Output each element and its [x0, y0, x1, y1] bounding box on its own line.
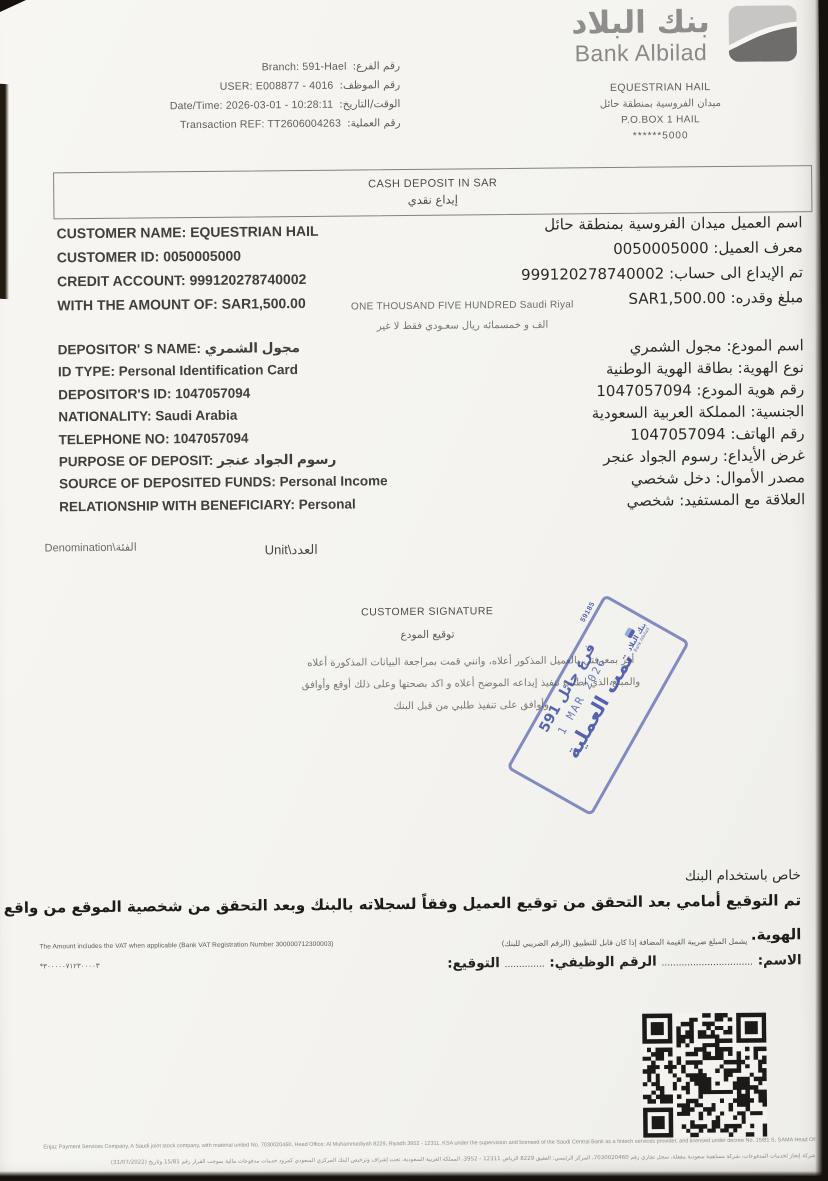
photo-edge-left	[0, 84, 9, 299]
photo-edge-bottom	[0, 1171, 828, 1181]
meta-branch-ar: رقم الفرع:	[353, 60, 401, 72]
meta-user-en: USER: E008877 - 4016	[220, 80, 334, 93]
source-of-funds-ar: مصدر الأموال: دخل شخصي	[475, 466, 805, 491]
depositor-id-ar: رقم هوية المودع: 1047057094	[474, 378, 804, 403]
denomination-label: Denomination\الفئة	[45, 541, 137, 555]
branch-name-arabic: ميدان الفروسية بمنطقة حائل	[570, 98, 750, 111]
depositor-details-en: DEPOSITOR' S NAME: مجول الشمري ID TYPE: …	[58, 335, 500, 518]
employee-number-label: الرقم الوظيفي:	[549, 954, 657, 971]
vat-note-ar: يشمل المبلغ ضريبة القيمة المضافة إذا كان…	[447, 937, 747, 949]
telephone-no-ar: رقم الهاتف: 1047057094	[474, 422, 804, 447]
relationship-with-beneficiary-ar: العلاقة مع المستفيد: شخصي	[475, 488, 805, 513]
vat-note-en: The Amount includes the VAT when applica…	[39, 941, 333, 951]
meta-ref-ar: رقم العملية:	[347, 117, 401, 130]
meta-line-branch: Branch: 591-Hael رقم الفرع:	[262, 60, 400, 73]
meta-line-user: USER: E008877 - 4016 رقم الموظف:	[220, 79, 401, 93]
bank-name-arabic: بنك البلاد	[559, 5, 721, 41]
id-type-ar: نوع الهوية: بطاقة الهوية الوطنية	[474, 356, 804, 381]
receipt-paper: Branch: 591-Hael رقم الفرع: USER: E00887…	[0, 0, 828, 1181]
depositor-name-ar: اسم المودع: مجول الشمري	[474, 334, 804, 359]
stamp-bank-logo: بنك البلاد Bank Albilad	[619, 617, 652, 654]
qr-code	[642, 1013, 767, 1138]
bank-albilad-logo-icon	[727, 4, 798, 63]
meta-datetime-en: Date/Time: 2026-03-01 - 10:28:11	[170, 99, 334, 113]
photo-edge-right	[815, 0, 828, 1181]
vat-number-arabic: ٣٠٠٠٠٠٧١٢٣٠٠٠٠٣*	[40, 962, 100, 971]
name-label: الاسم:	[758, 952, 802, 968]
meta-ref-en: Transaction REF: TT2606004263	[180, 118, 341, 132]
meta-datetime-ar: الوقت/التاريخ:	[339, 98, 400, 111]
po-box: P.O.BOX 1 HAIL	[571, 114, 751, 127]
deposit-title-en: CASH DEPOSIT IN SAR	[368, 177, 497, 190]
header-meta: Branch: 591-Hael رقم الفرع: USER: E00887…	[75, 60, 401, 132]
officer-signature-line: الاسم: ................................ …	[242, 952, 802, 973]
unit-label: Unit\العدد	[265, 542, 318, 559]
employee-dots: ..............	[505, 960, 545, 970]
receipt-content: Branch: 591-Hael رقم الفرع: USER: E00887…	[0, 0, 828, 1181]
customer-id-ar: معرف العميل: 0050005000	[463, 235, 803, 263]
amount-in-words-ar: الف و خمسمائه ريال سعـودي فقط لا غير	[282, 319, 642, 333]
signature-label: التوقيع:	[447, 955, 500, 972]
branch-name: EQUESTRIAN HAIL	[570, 81, 750, 95]
branch-address-block: EQUESTRIAN HAIL ميدان الفروسية بمنطقة حا…	[570, 81, 751, 143]
meta-line-datetime: Date/Time: 2026-03-01 - 10:28:11 الوقت/ا…	[170, 98, 401, 112]
customer-name-ar: اسم العميل ميدان الفروسية بمنطقة حائل	[462, 210, 802, 238]
verification-statement-line1: تم التوقيع أمامي بعد التحقق من توقيع الع…	[29, 891, 801, 916]
deposit-title-ar: إيداع نقدي	[408, 192, 458, 206]
bank-name-english: Bank Albilad	[555, 39, 727, 68]
customer-signature-title: CUSTOMER SIGNATURE	[277, 604, 577, 619]
masked-account: ******5000	[571, 130, 751, 143]
footer-fine-print-ar: شركة إنجاز لخدمات المدفوعات، شركة مساهمة…	[30, 1153, 816, 1167]
footer-fine-print-en: Enjaz Payment Services Company, A Saudi …	[43, 1137, 815, 1150]
depositor-details-ar: اسم المودع: مجول الشمري نوع الهوية: بطاق…	[474, 334, 806, 513]
meta-line-transaction-ref: Transaction REF: TT2606004263 رقم العملي…	[180, 117, 401, 131]
bank-use-title: خاص باستخدام البنك	[401, 867, 801, 887]
meta-user-ar: رقم الموظف:	[339, 79, 400, 92]
name-dots: ................................	[661, 958, 753, 969]
stamp-serial: 59185	[580, 601, 597, 624]
nationality-ar: الجنسية: المملكة العربية السعودية	[474, 400, 804, 425]
relationship-with-beneficiary: RELATIONSHIP WITH BENEFICIARY: Personal	[59, 492, 499, 519]
credit-account-ar: تم الإيداع الى حساب: 999120278740002	[463, 260, 803, 288]
amount-in-words: ONE THOUSAND FIVE HUNDRED Saudi Riyal ال…	[282, 299, 642, 333]
amount-in-words-en: ONE THOUSAND FIVE HUNDRED Saudi Riyal	[282, 299, 642, 313]
purpose-of-deposit-ar: غرض الأيداع: رسوم الجواد عنجر	[475, 444, 805, 469]
customer-signature-title-ar: توقيع المودع	[277, 627, 577, 642]
meta-branch-en: Branch: 591-Hael	[262, 61, 347, 74]
